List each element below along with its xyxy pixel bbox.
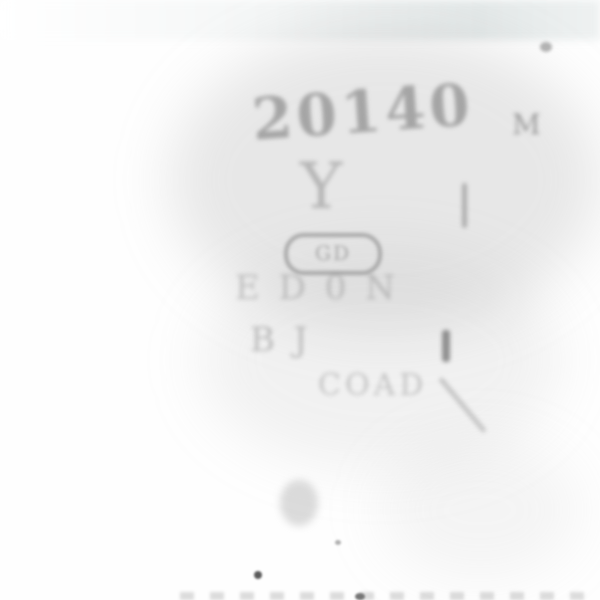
imprint-symbol: Y [300,150,346,224]
gray-haze [380,440,580,580]
ink-dot [335,540,341,545]
ink-dot [254,571,262,579]
top-edge-band [0,0,600,40]
imprint-line-3: COAD [318,368,427,403]
faded-blot [280,480,318,526]
ink-stroke [442,330,450,362]
imprint-side-mark: M [512,108,545,141]
imprint-line-2: B J [250,320,311,360]
ink-stroke [462,183,467,228]
bottom-edge-marks [180,592,600,600]
imprint-line-1: E D 0 N [235,268,399,308]
ink-dot [540,42,552,52]
cartouche-text: GD [288,241,378,265]
faded-photograph: 20140 M Y GD E D 0 N B J COAD [0,0,600,600]
